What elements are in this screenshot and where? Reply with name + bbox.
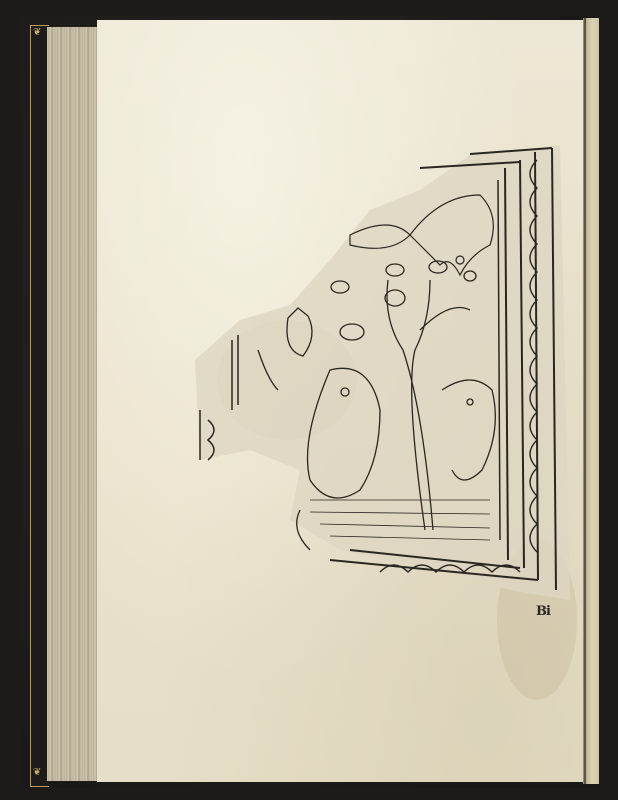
gilt-corner-ornament-bottom: ❦ bbox=[33, 768, 43, 778]
woodcut-illustration bbox=[180, 140, 580, 620]
gutter-fold bbox=[584, 18, 586, 784]
page-edges bbox=[47, 27, 98, 781]
signature-mark: Bi bbox=[536, 604, 550, 619]
woodcut-fragment bbox=[195, 145, 570, 600]
gilt-corner-ornament-top: ❦ bbox=[33, 28, 43, 38]
